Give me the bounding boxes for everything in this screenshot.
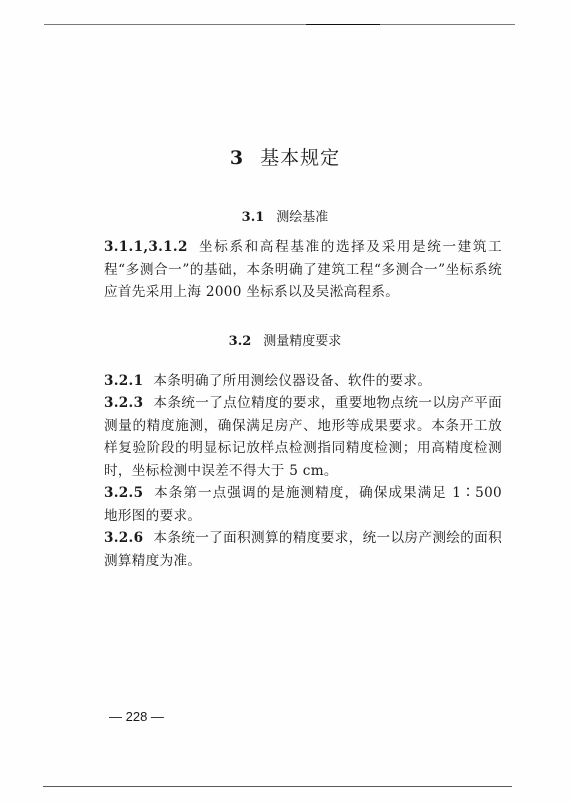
clause-paragraph: 3.2.3本条统一了点位精度的要求，重要地物点统一以房产平面测量的精度施测，确保… bbox=[104, 392, 502, 482]
chapter-title: 3基本规定 bbox=[0, 143, 570, 170]
section-title: 3.1测绘基准 bbox=[0, 206, 570, 225]
section-title-text: 测绘基准 bbox=[276, 210, 328, 225]
clause-text: 本条统一了面积测算的精度要求，统一以房产测绘的面积测算精度为准。 bbox=[104, 530, 502, 569]
section-title: 3.2测量精度要求 bbox=[0, 330, 570, 349]
chapter-title-text: 基本规定 bbox=[260, 147, 340, 169]
clause-text: 本条明确了所用测绘仪器设备、软件的要求。 bbox=[153, 373, 431, 389]
clause-number: 3.1.1,3.1.2 bbox=[104, 239, 188, 255]
footer-rule bbox=[43, 786, 512, 787]
section-number: 3.1 bbox=[242, 210, 265, 225]
clause-number: 3.2.5 bbox=[104, 485, 143, 501]
clause-number: 3.2.3 bbox=[104, 395, 143, 411]
clause-paragraph: 3.2.5本条第一点强调的是施测精度，确保成果满足 1∶500 地形图的要求。 bbox=[104, 482, 502, 527]
header-rule bbox=[44, 24, 515, 25]
section-title-text: 测量精度要求 bbox=[263, 334, 341, 349]
clause-number: 3.2.1 bbox=[104, 373, 143, 389]
chapter-number: 3 bbox=[230, 147, 244, 169]
clause-paragraph: 3.2.6本条统一了面积测算的精度要求，统一以房产测绘的面积测算精度为准。 bbox=[104, 527, 502, 572]
clause-number: 3.2.6 bbox=[104, 530, 143, 546]
clause-text: 本条第一点强调的是施测精度，确保成果满足 1∶500 地形图的要求。 bbox=[104, 485, 502, 524]
section-number: 3.2 bbox=[229, 334, 252, 349]
clause-paragraph: 3.1.1,3.1.2坐标系和高程基准的选择及采用是统一建筑工程“多测合一”的基… bbox=[104, 236, 502, 304]
header-rule-accent bbox=[306, 24, 380, 25]
clause-text: 本条统一了点位精度的要求，重要地物点统一以房产平面测量的精度施测，确保满足房产、… bbox=[104, 395, 502, 479]
page-number: — 228 — bbox=[109, 709, 164, 724]
clause-paragraph: 3.2.1本条明确了所用测绘仪器设备、软件的要求。 bbox=[104, 370, 502, 393]
